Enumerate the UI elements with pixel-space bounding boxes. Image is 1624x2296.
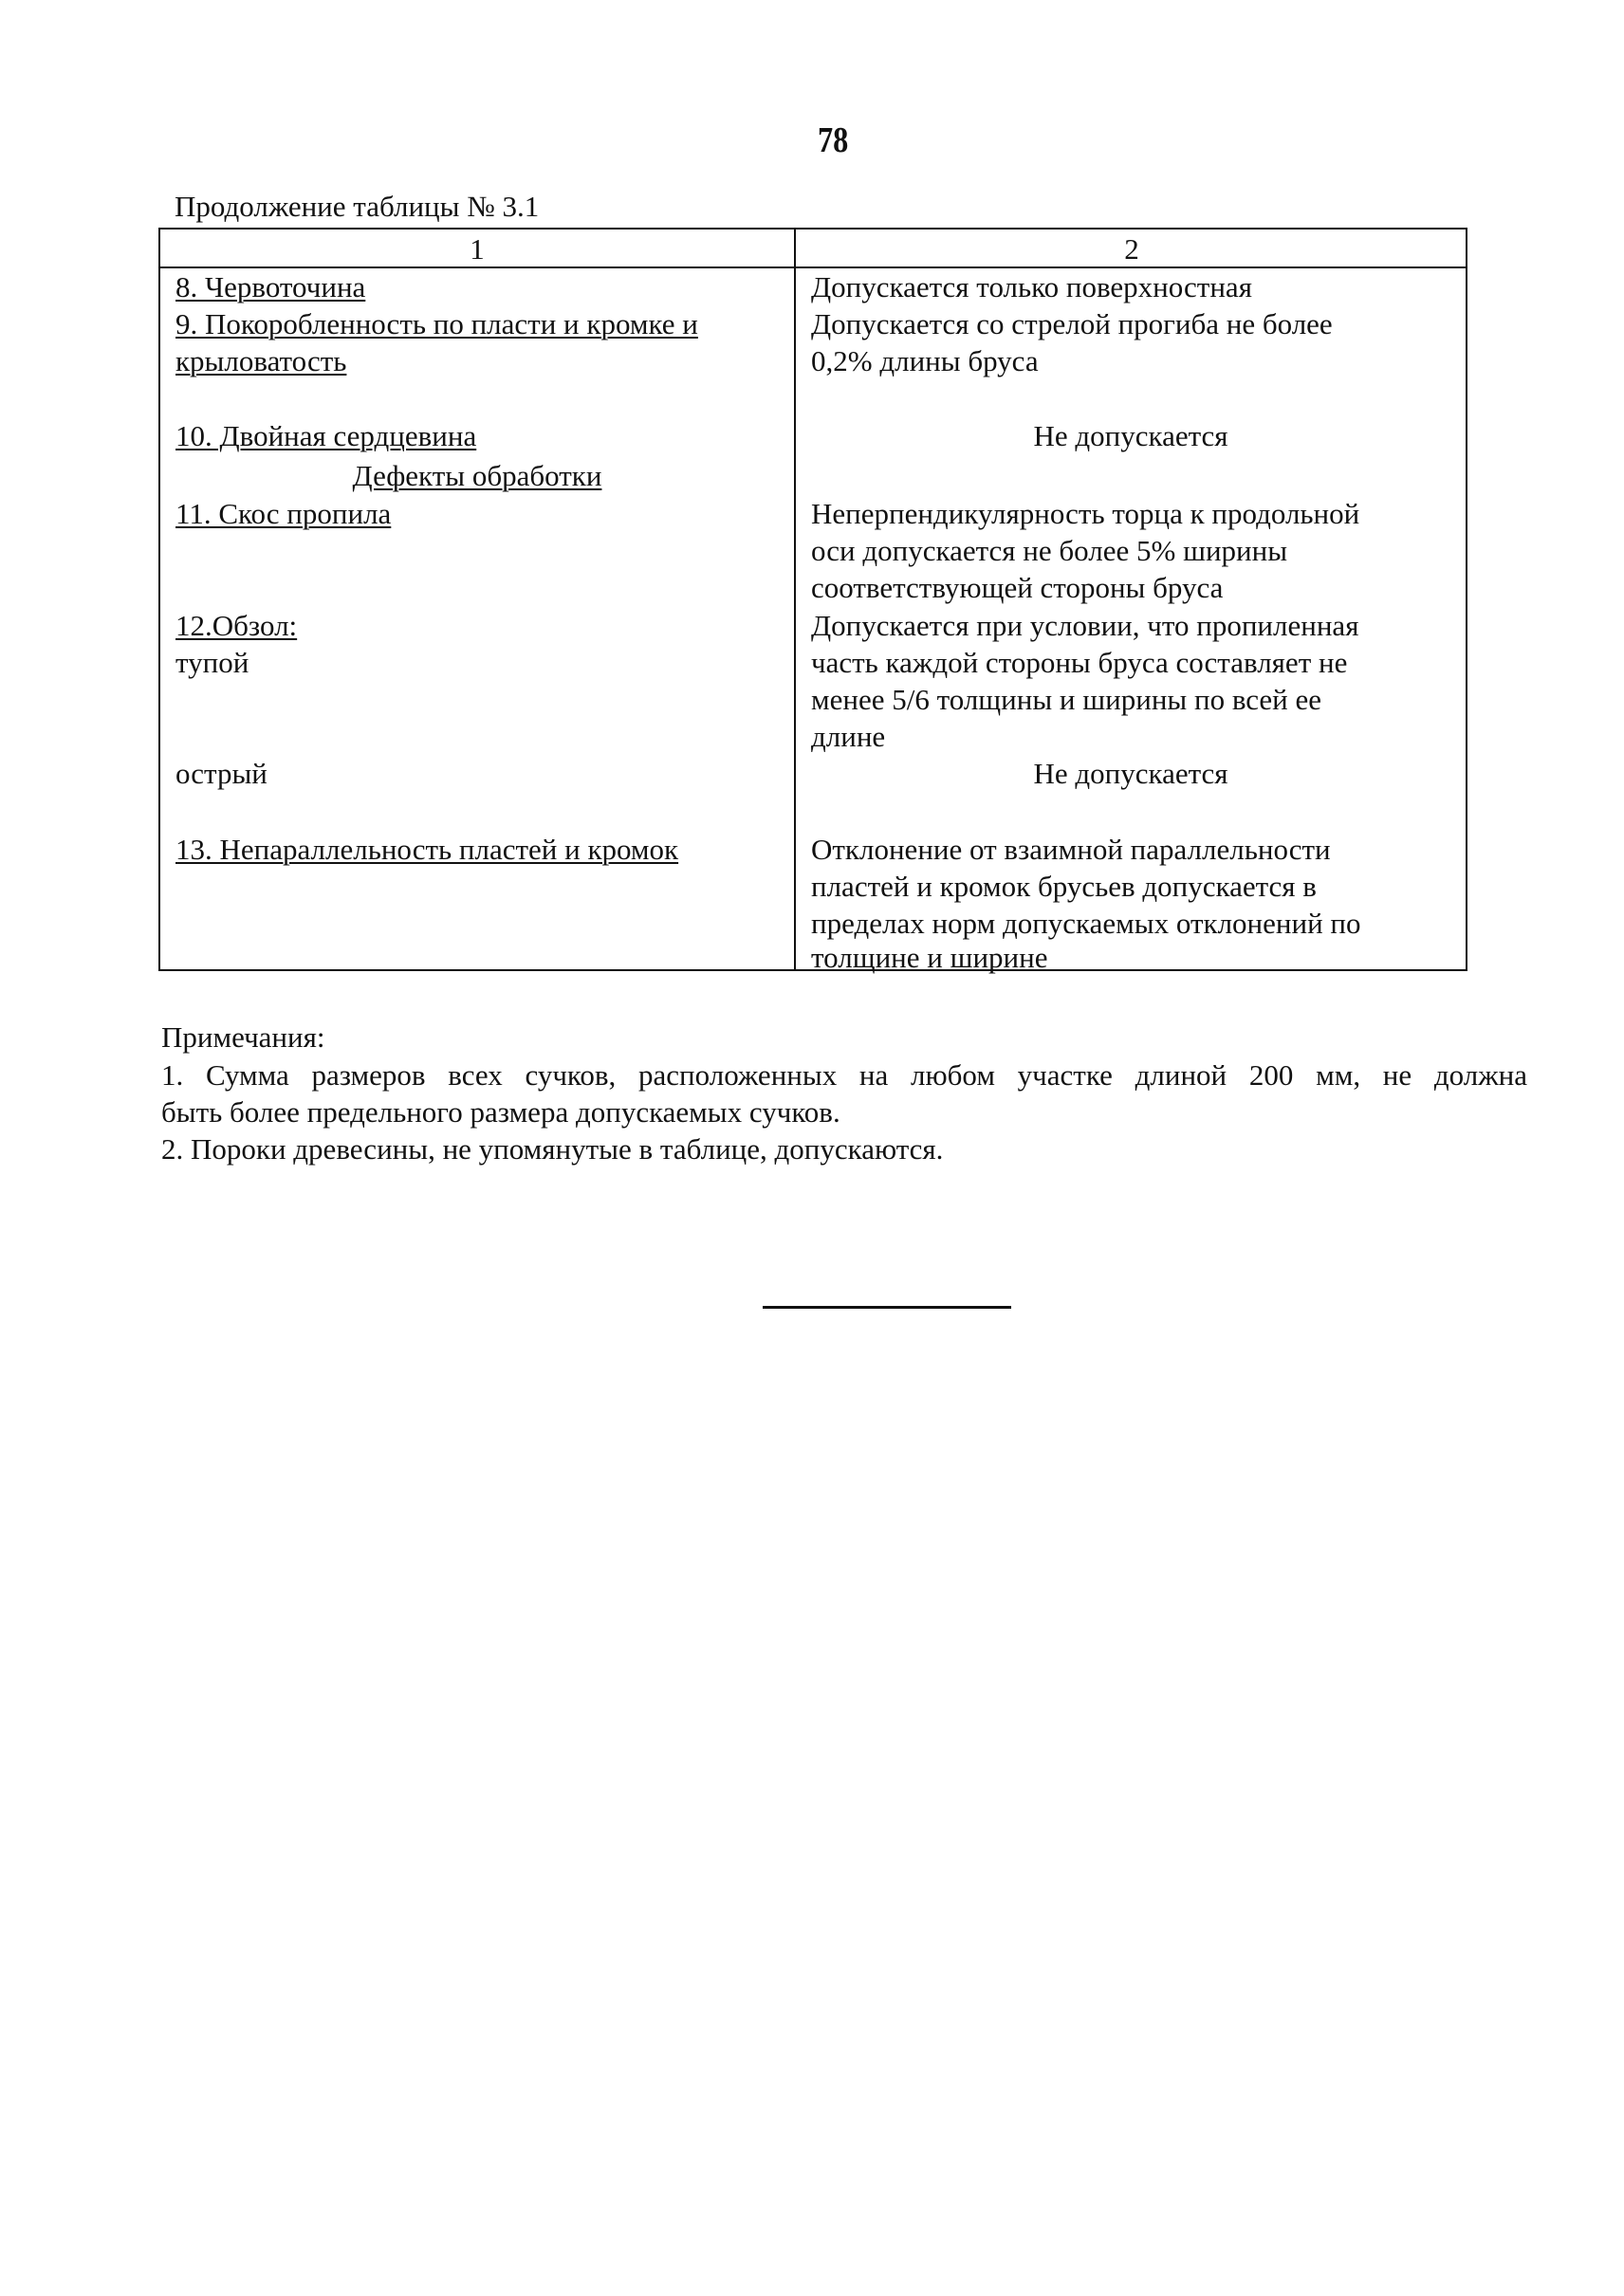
column-header-1: 1	[160, 231, 794, 266]
req-13-line4: толщине и ширине	[811, 939, 1048, 976]
defect-11: 11. Скос пропила	[175, 495, 391, 532]
defect-12: 12.Обзол:	[175, 607, 297, 644]
req-12-blunt-line2: часть каждой стороны бруса составляет не	[811, 644, 1347, 681]
notes-title: Примечания:	[161, 1019, 324, 1056]
note-2: 2. Пороки древесины, не упомянутые в таб…	[161, 1130, 943, 1167]
defect-9-line2: крыловатость	[175, 342, 346, 379]
table-caption: Продолжение таблицы № 3.1	[175, 188, 539, 225]
note-1-line2: быть более предельного размера допускаем…	[161, 1093, 840, 1130]
req-9-line2: 0,2% длины бруса	[811, 342, 1039, 379]
req-12-blunt-line4: длине	[811, 718, 885, 755]
section-heading: Дефекты обработки	[160, 457, 794, 494]
defect-13: 13. Непараллельность пластей и кромок	[175, 831, 678, 868]
req-8: Допускается только поверхностная	[811, 268, 1252, 305]
defect-10: 10. Двойная сердцевина	[175, 417, 476, 454]
defect-8: 8. Червоточина	[175, 268, 365, 305]
req-13-line1: Отклонение от взаимной параллельности	[811, 831, 1331, 868]
column-divider	[794, 230, 796, 969]
req-11-line2: оси допускается не более 5% ширины	[811, 532, 1287, 569]
req-13-line3: пределах норм допускаемых отклонений по	[811, 905, 1361, 942]
req-11-line1: Неперпендикулярность торца к продольной	[811, 495, 1359, 532]
req-13-line2: пластей и кромок брусьев допускается в	[811, 868, 1317, 905]
req-12-sharp: Не допускается	[795, 755, 1467, 792]
req-12-blunt-line3: менее 5/6 толщины и ширины по всей ее	[811, 681, 1321, 718]
defect-12-blunt: тупой	[175, 644, 249, 681]
defect-9-line1: 9. Покоробленность по пласти и кромке и	[175, 305, 698, 342]
note-1-line1: 1. Сумма размеров всех сучков, расположе…	[161, 1056, 1527, 1093]
defect-12-sharp: острый	[175, 755, 268, 792]
req-12-blunt-line1: Допускается при условии, что пропиленная	[811, 607, 1358, 644]
page-number: 78	[818, 119, 848, 161]
req-11-line3: соответствующей стороны бруса	[811, 569, 1223, 606]
req-10: Не допускается	[795, 417, 1467, 454]
end-rule	[763, 1306, 1011, 1309]
req-9-line1: Допускается со стрелой прогиба не более	[811, 305, 1333, 342]
column-header-2: 2	[796, 231, 1467, 266]
